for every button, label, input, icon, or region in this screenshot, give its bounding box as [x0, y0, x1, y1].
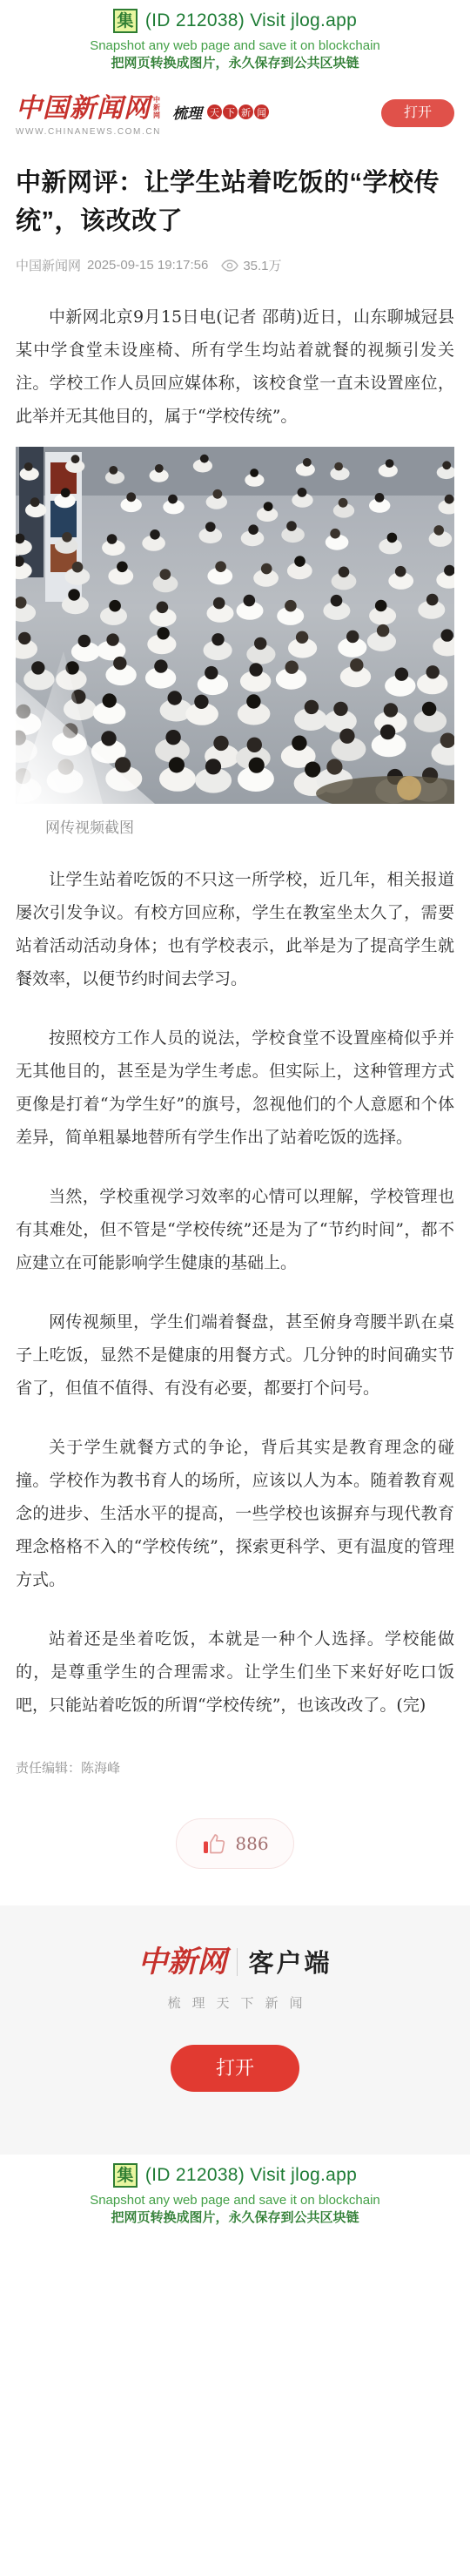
like-button[interactable]: 886	[176, 1818, 293, 1869]
jlog-logo-icon: 集	[113, 9, 138, 33]
article-paragraph: 站着还是坐着吃饭，本就是一种个人选择。学校能做的，是尊重学生的合理需求。让学生们…	[16, 1622, 454, 1722]
thumbs-up-icon	[201, 1831, 227, 1856]
jlog-banner-top[interactable]: 集 (ID 212038) Visit jlog.app Snapshot an…	[0, 0, 470, 82]
article-body-top: 中新网北京9月15日电(记者 邵萌)近日，山东聊城冠县某中学食堂未设座椅、所有学…	[16, 300, 454, 433]
jlog-subtitle-en: Snapshot any web page and save it on blo…	[0, 38, 470, 55]
article-paragraph: 让学生站着吃饭的不只这一所学校，近几年，相关报道屡次引发争议。有校方回应称，学生…	[16, 863, 454, 995]
jlog-banner-bottom[interactable]: 集 (ID 212038) Visit jlog.app Snapshot an…	[0, 2155, 470, 2236]
jlog-subtitle-zh: 把网页转换成图片，永久保存到公共区块链	[0, 2209, 470, 2227]
footer-logo-client: 客户端	[248, 1944, 332, 1979]
app-footer: 中新网 客户端 梳理天下新闻 打开	[0, 1905, 470, 2155]
article-paragraph: 关于学生就餐方式的争论，背后其实是教育理念的碰撞。学校作为教书育人的场所，应该以…	[16, 1431, 454, 1596]
view-counter: 35.1万	[221, 256, 281, 274]
open-app-button-footer[interactable]: 打开	[171, 2045, 299, 2092]
footer-tagline: 梳理天下新闻	[0, 1993, 470, 2012]
crowd-photo-illustration	[16, 447, 454, 804]
article: 中新网评：让学生站着吃饭的“学校传统”，该改改了 中国新闻网 2025-09-1…	[0, 165, 470, 1869]
logo-stack-chars: 中新网	[153, 97, 160, 119]
article-paragraph: 中新网北京9月15日电(记者 邵萌)近日，山东聊城冠县某中学食堂未设座椅、所有学…	[16, 300, 454, 433]
photo-caption: 网传视频截图	[16, 815, 454, 837]
jlog-subtitle-en: Snapshot any web page and save it on blo…	[0, 2193, 470, 2209]
chinanews-logo[interactable]: 中国新闻网 中新网 梳理 天下新闻 WWW.CHINANEWS.COM.CN	[16, 96, 269, 137]
footer-logo-divider	[237, 1948, 238, 1976]
logo-slogan: 梳理 天下新闻	[172, 101, 269, 123]
jlog-banner-link[interactable]: (ID 212038) Visit jlog.app	[145, 2165, 357, 2186]
article-datetime: 2025-09-15 19:17:56	[87, 258, 208, 273]
jlog-logo-icon: 集	[113, 2163, 138, 2188]
site-header: 中国新闻网 中新网 梳理 天下新闻 WWW.CHINANEWS.COM.CN 打…	[0, 82, 470, 144]
logo-url: WWW.CHINANEWS.COM.CN	[16, 127, 269, 137]
slogan-badge: 新	[238, 105, 253, 119]
view-count: 35.1万	[243, 256, 281, 274]
logo-calligraphy: 中国新闻网	[16, 96, 151, 122]
article-paragraph: 当然，学校重视学习效率的心情可以理解，学校管理也有其难处，但不管是“学校传统”还…	[16, 1180, 454, 1279]
open-app-button-header[interactable]: 打开	[381, 99, 454, 127]
article-body-rest: 让学生站着吃饭的不只这一所学校，近几年，相关报道屡次引发争议。有校方回应称，学生…	[16, 863, 454, 1722]
article-photo	[16, 447, 454, 804]
slogan-badge: 天	[207, 105, 222, 119]
slogan-badges: 天下新闻	[206, 105, 269, 119]
article-source: 中国新闻网	[16, 256, 81, 274]
eye-icon	[221, 260, 238, 272]
slogan-badge: 闻	[254, 105, 269, 119]
footer-logo: 中新网 客户端	[0, 1944, 470, 1979]
editor-line: 责任编辑：陈海峰	[16, 1758, 454, 1777]
article-paragraph: 网传视频里，学生们端着餐盘，甚至俯身弯腰半趴在桌子上吃饭，显然不是健康的用餐方式…	[16, 1305, 454, 1405]
jlog-subtitle-zh: 把网页转换成图片，永久保存到公共区块链	[0, 55, 470, 72]
footer-logo-calligraphy: 中新网	[138, 1947, 226, 1977]
article-paragraph: 按照校方工作人员的说法，学校食堂不设置座椅似乎并无其他目的，甚至是为学生考虑。但…	[16, 1022, 454, 1154]
slogan-badge: 下	[223, 105, 238, 119]
article-meta: 中国新闻网 2025-09-15 19:17:56 35.1万	[16, 256, 454, 274]
jlog-banner-link[interactable]: (ID 212038) Visit jlog.app	[145, 10, 357, 31]
like-area: 886	[16, 1818, 454, 1869]
like-count: 886	[235, 1833, 268, 1854]
slogan-prefix: 梳理	[172, 101, 202, 123]
article-title: 中新网评：让学生站着吃饭的“学校传统”，该改改了	[16, 165, 454, 240]
